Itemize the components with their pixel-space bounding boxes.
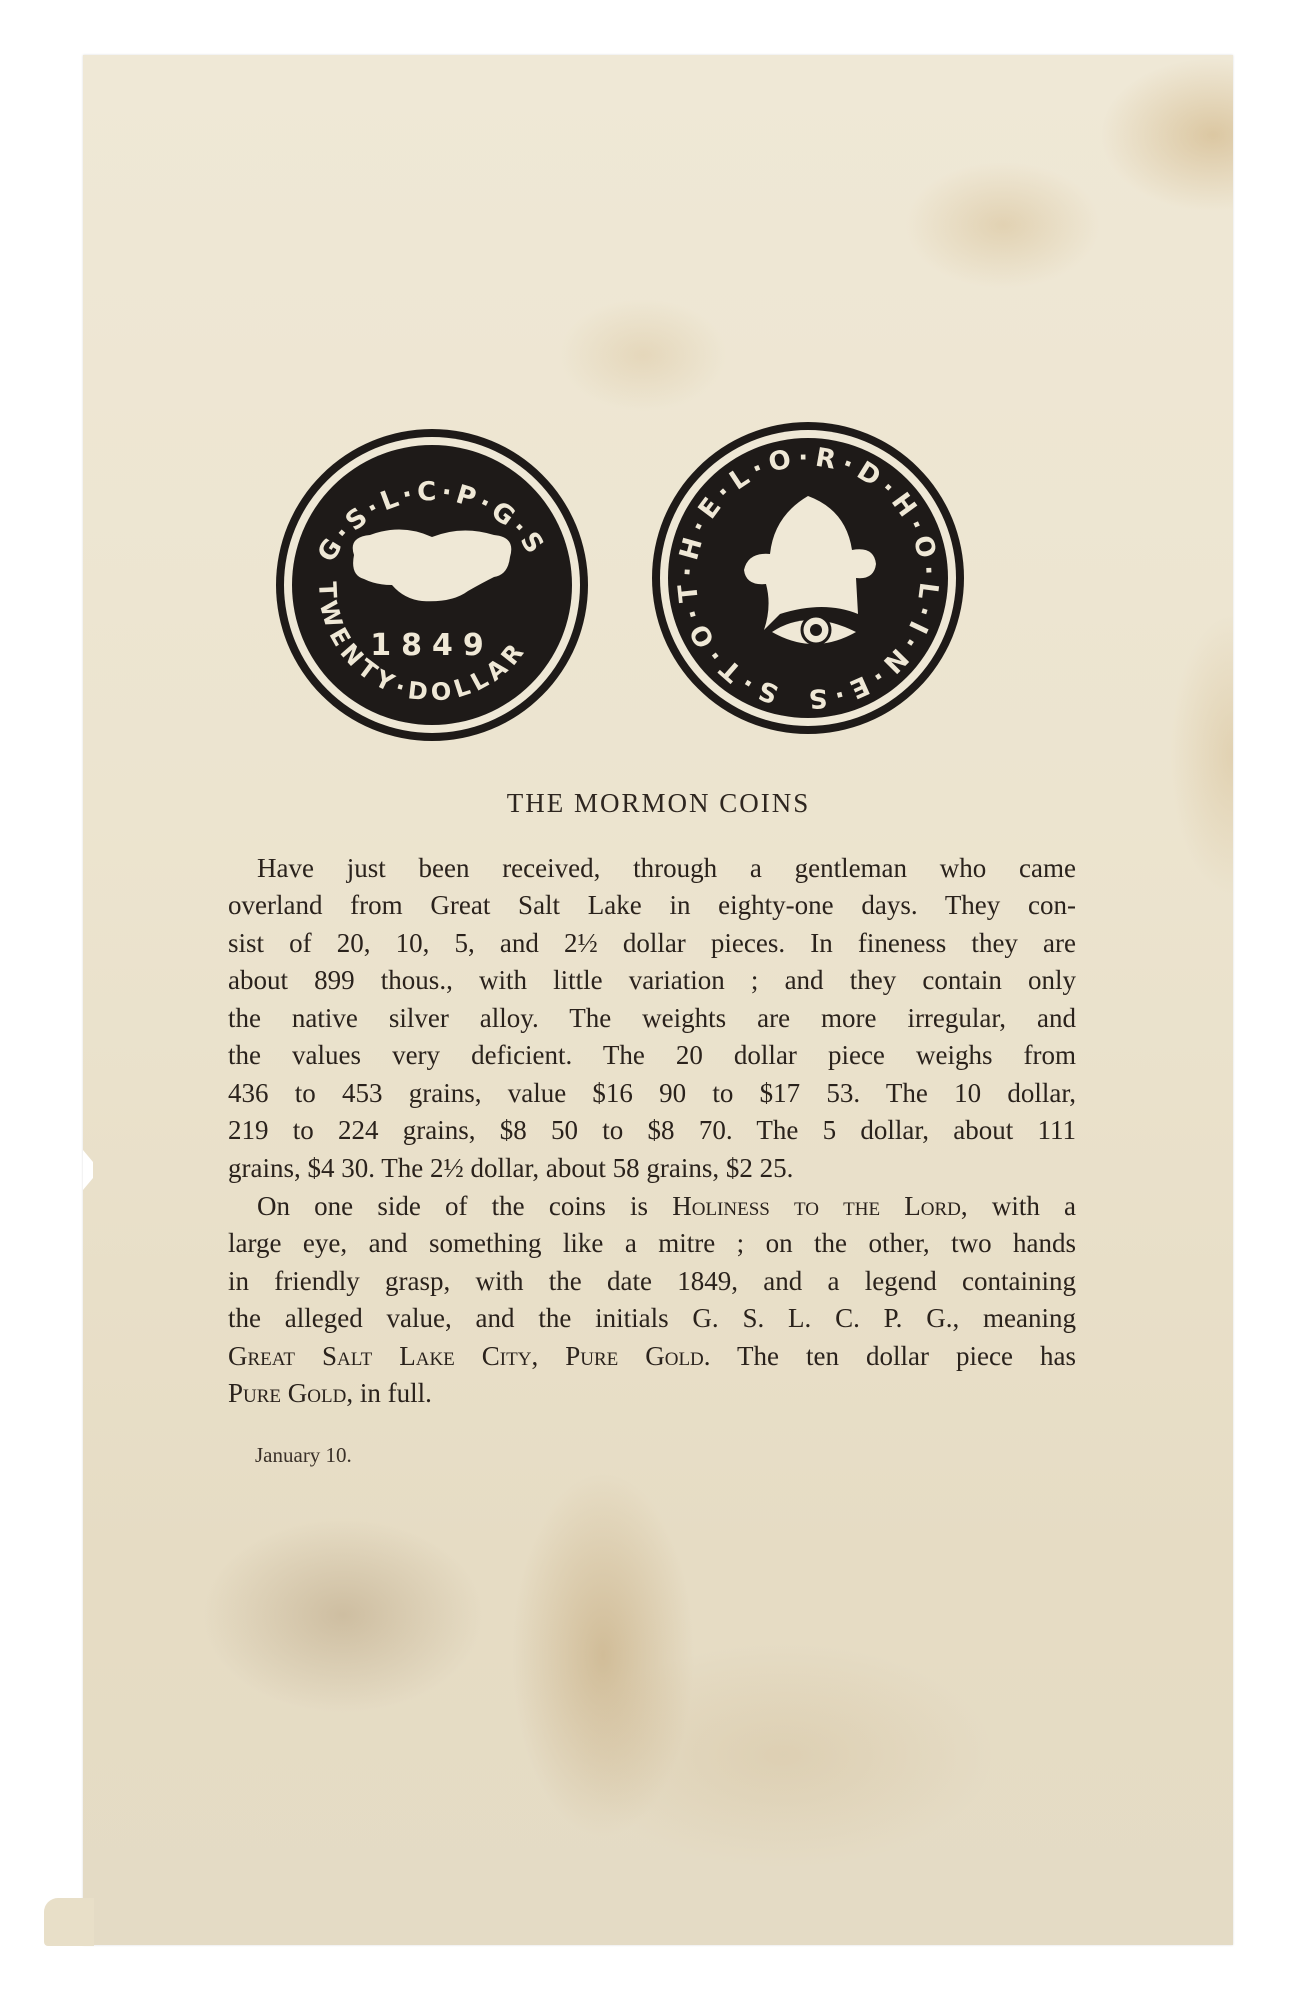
text-line: 219 to 224 grains, $8 50 to $8 70. The 5… xyxy=(228,1112,1076,1148)
text-line: the alleged value, and the initials G. S… xyxy=(228,1300,1076,1336)
svg-text:1849: 1849 xyxy=(370,628,494,663)
text-line: Pure Gold, in full. xyxy=(228,1375,1076,1411)
text-line: in friendly grasp, with the date 1849, a… xyxy=(228,1263,1076,1299)
text-line: the native silver alloy. The weights are… xyxy=(228,1000,1076,1036)
coin-obverse: G·S·L·C·P·G·S TWENTY·DOLLAR 1849 xyxy=(272,425,592,745)
document-title: THE MORMON COINS xyxy=(12,788,1293,819)
text-line: large eye, and something like a mitre ; … xyxy=(228,1225,1076,1261)
small-caps-phrase: Holiness to the Lord xyxy=(672,1191,961,1221)
text-line: Have just been received, through a gentl… xyxy=(257,850,1076,886)
text-line: overland from Great Salt Lake in eighty-… xyxy=(228,887,1076,923)
coin-obverse-image: G·S·L·C·P·G·S TWENTY·DOLLAR 1849 xyxy=(272,425,592,745)
text-line: grains, $4 30. The 2½ dollar, about 58 g… xyxy=(228,1150,1076,1186)
small-caps-phrase: Pure Gold xyxy=(228,1378,346,1408)
small-caps-phrase: Great Salt Lake City, Pure Gold xyxy=(228,1341,704,1371)
text-line: the values very deficient. The 20 dollar… xyxy=(228,1037,1076,1073)
coin-reverse-image: S·T·O·T·H·E·L·O·R·D·H·O·L·I·N·E·S xyxy=(648,418,968,738)
text-line: On one side of the coins is Holiness to … xyxy=(257,1188,1076,1224)
text-line: about 899 thous., with little variation … xyxy=(228,962,1076,998)
text-line: sist of 20, 10, 5, and 2½ dollar pieces.… xyxy=(228,925,1076,961)
coin-reverse: S·T·O·T·H·E·L·O·R·D·H·O·L·I·N·E·S xyxy=(648,418,968,738)
dateline: January 10. xyxy=(255,1443,352,1468)
paper-torn-tab xyxy=(44,1898,94,1946)
text-line: 436 to 453 grains, value $16 90 to $17 5… xyxy=(228,1075,1076,1111)
text-line: Great Salt Lake City, Pure Gold. The ten… xyxy=(228,1338,1076,1374)
